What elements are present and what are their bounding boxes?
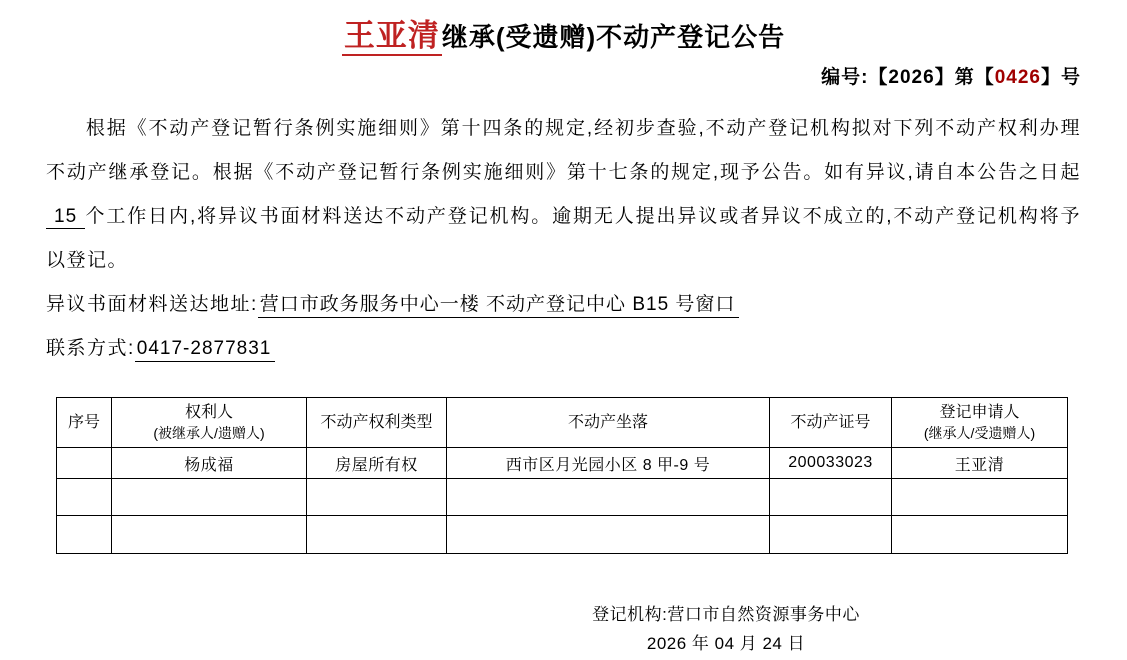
table-header: 序号 权利人 (被继承人/遗赠人) 不动产权利类型 不动产坐落 不动产证号 <box>57 398 1068 448</box>
table-row <box>57 479 1068 516</box>
col-header-sub: (继承人/受遗赠人) <box>894 423 1065 444</box>
announcement-body: 根据《不动产登记暂行条例实施细则》第十四条的规定,经初步查验,不动产登记机构拟对… <box>46 107 1081 283</box>
col-header-label: 登记申请人 <box>894 402 1065 423</box>
doc-number-value: 0426 <box>995 67 1041 88</box>
cell-cert-number <box>770 479 892 516</box>
table-header-row: 序号 权利人 (被继承人/遗赠人) 不动产权利类型 不动产坐落 不动产证号 <box>57 398 1068 448</box>
cell-applicant <box>892 479 1068 516</box>
col-header-label: 不动产证号 <box>772 412 889 433</box>
registration-agency: 登记机构:营口市自然资源事务中心 <box>491 600 961 629</box>
announcement-date: 2026 年 04 月 24 日 <box>491 629 961 658</box>
cell-cert-number: 200033023 <box>770 448 892 479</box>
cell-rightholder: 杨成福 <box>112 448 307 479</box>
table-row <box>57 516 1068 554</box>
doc-number-line: 编号:【2026】第【0426】号 <box>46 65 1081 91</box>
cell-location <box>447 479 770 516</box>
cell-applicant: 王亚清 <box>892 448 1068 479</box>
col-header-serial: 序号 <box>57 398 112 448</box>
col-header-rightholder: 权利人 (被继承人/遗赠人) <box>112 398 307 448</box>
col-header-cert-number: 不动产证号 <box>770 398 892 448</box>
table-body: 杨成福 房屋所有权 西市区月光园小区 8 甲-9 号 200033023 王亚清 <box>57 448 1068 554</box>
objection-address-label: 异议书面材料送达地址: <box>46 294 258 315</box>
cell-rightholder <box>112 516 307 554</box>
cell-location: 西市区月光园小区 8 甲-9 号 <box>447 448 770 479</box>
col-header-label: 权利人 <box>114 402 304 423</box>
cell-applicant <box>892 516 1068 554</box>
objection-address-line: 异议书面材料送达地址:营口市政务服务中心一楼 不动产登记中心 B15 号窗口 <box>46 283 1081 327</box>
cell-right-type: 房屋所有权 <box>307 448 447 479</box>
heir-name-highlight: 王亚清 <box>342 18 442 56</box>
col-header-location: 不动产坐落 <box>447 398 770 448</box>
footer-signature-block: 登记机构:营口市自然资源事务中心 2026 年 04 月 24 日 <box>491 600 961 658</box>
body-text-part2: 个工作日内,将异议书面材料送达不动产登记机构。逾期无人提出异议或者异议不成立的,… <box>46 206 1081 271</box>
body-text-part1: 根据《不动产登记暂行条例实施细则》第十四条的规定,经初步查验,不动产登记机构拟对… <box>46 118 1081 183</box>
objection-days-value: 15 <box>46 206 85 229</box>
cell-rightholder <box>112 479 307 516</box>
doc-number-prefix: 编号:【2026】第【 <box>821 67 995 88</box>
objection-address-value: 营口市政务服务中心一楼 不动产登记中心 B15 号窗口 <box>258 294 740 318</box>
col-header-sub: (被继承人/遗赠人) <box>114 423 304 444</box>
cell-serial <box>57 479 112 516</box>
col-header-label: 不动产坐落 <box>449 412 767 433</box>
col-header-label: 序号 <box>59 412 109 433</box>
page-title: 王亚清继承(受遗赠)不动产登记公告 <box>46 16 1081 57</box>
cell-serial <box>57 516 112 554</box>
contact-label: 联系方式: <box>46 338 135 359</box>
announcement-document: 王亚清继承(受遗赠)不动产登记公告 编号:【2026】第【0426】号 根据《不… <box>0 0 1127 660</box>
col-header-applicant: 登记申请人 (继承人/受遗赠人) <box>892 398 1068 448</box>
property-registration-table: 序号 权利人 (被继承人/遗赠人) 不动产权利类型 不动产坐落 不动产证号 <box>56 397 1068 554</box>
col-header-label: 不动产权利类型 <box>309 412 444 433</box>
contact-phone-value: 0417-2877831 <box>135 338 276 362</box>
cell-location <box>447 516 770 554</box>
page-title-text: 继承(受遗赠)不动产登记公告 <box>442 22 785 52</box>
cell-cert-number <box>770 516 892 554</box>
cell-serial <box>57 448 112 479</box>
doc-number-suffix: 】号 <box>1041 67 1081 88</box>
cell-right-type <box>307 516 447 554</box>
table-row: 杨成福 房屋所有权 西市区月光园小区 8 甲-9 号 200033023 王亚清 <box>57 448 1068 479</box>
contact-line: 联系方式:0417-2877831 <box>46 327 1081 371</box>
cell-right-type <box>307 479 447 516</box>
col-header-right-type: 不动产权利类型 <box>307 398 447 448</box>
